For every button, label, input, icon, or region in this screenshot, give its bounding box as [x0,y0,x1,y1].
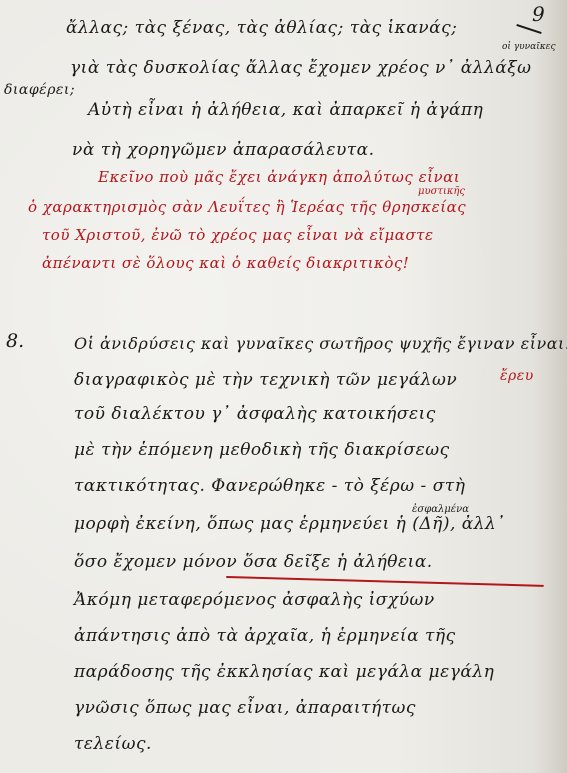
s8-line-3: τοῦ διαλέκτου γ᾽ ἀσφαλὴς κατοικήσεις [74,404,436,424]
s8-line-2: διαγραφικὸς μὲ τὴν τεχνικὴ τῶν μεγάλων [74,370,457,390]
red-line-1: Εκεῖνο ποὺ μᾶς ἔχει ἀνάγκη ἀπολύτως εἶνα… [98,168,460,186]
manuscript-page: 9 ἄλλας; τὰς ξένας, τὰς ἀθλίας; τὰς ἱκαν… [0,0,567,773]
s8-line-5: τακτικότητας. Φανερώθηκε - τὸ ξέρω - στὴ [74,476,465,496]
s8-line-9: ἀπάντησις ἀπὸ τὰ ἀρχαῖα, ἡ ἑρμηνεία τῆς [74,626,456,646]
top-superscript-note: οἱ γυναῖκες [502,42,556,52]
s8-line-10: παράδοσης τῆς ἐκκλησίας καὶ μεγάλα μεγάλ… [74,662,494,682]
red-line-4: ἀπέναντι σὲ ὅλους καὶ ὁ καθείς διακριτικ… [42,254,409,272]
s8-line-1: Οἱ ἀνιδρύσεις καὶ γυναῖκες σωτῆρος ψυχῆς… [74,334,567,353]
top-line-2: γιὰ τὰς δυσκολίας ἄλλας ἔχομεν χρέος ν᾽ … [70,58,531,78]
page-number: 9 [532,2,545,26]
s8-line-11: γνῶσις ὅπως μας εἶναι, ἀπαραιτήτως [74,698,416,718]
s8-line-12: τελείως. [74,734,152,754]
red-line-2: ὁ χαρακτηρισμὸς σὰν Λευΐτες ἢ Ἱερέας τῆς… [28,198,466,216]
s8-line-6: μορφὴ ἐκείνη, ὅπως μας ἑρμηνεύει ἡ (Δῆ),… [74,514,505,534]
s8-red-correction: ἔρευ [500,368,534,384]
top-line-3: Αὐτὴ εἶναι ἡ ἀλήθεια, καὶ ἀπαρκεῖ ἡ ἀγάπ… [88,100,483,120]
top-margin-note: διαφέρει; [4,82,75,98]
red-underline [226,576,544,587]
top-line-1: ἄλλας; τὰς ξένας, τὰς ἀθλίας; τὰς ἱκανάς… [66,18,457,38]
s8-line-8: Ἀκόμη μεταφερόμενος ἀσφαλὴς ἰσχύων [74,590,435,610]
red-superscript-note: μυστικῆς [418,186,465,197]
section-number: 8. [6,330,24,352]
s8-line-4: μὲ τὴν ἑπόμενη μεθοδικὴ τῆς διακρίσεως [74,440,450,460]
red-line-3: τοῦ Χριστοῦ, ἐνῶ τὸ χρέος μας εἶναι νὰ ε… [42,226,434,244]
s8-line-7: ὅσο ἔχομεν μόνον ὅσα δεῖξε ἡ ἀλήθεια. [74,552,433,572]
